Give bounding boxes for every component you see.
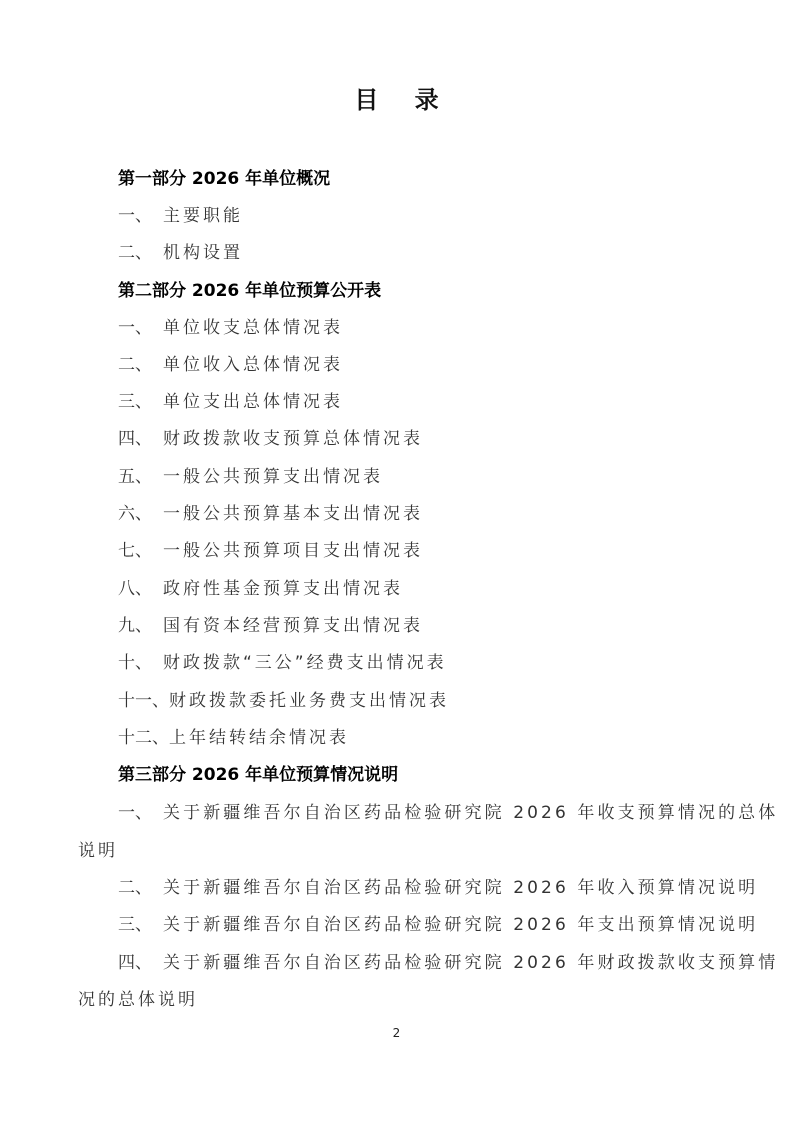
toc-item[interactable]: 十二、上年结转结余情况表 [118, 727, 349, 749]
section-heading-part-3: 第三部分 2026 年单位预算情况说明 [118, 764, 398, 786]
item-number: 一、 [118, 802, 163, 824]
item-text: 一般公共预算基本支出情况表 [163, 504, 423, 524]
item-text: 财政拨款“三公”经费支出情况表 [163, 653, 447, 673]
item-text: 主要职能 [163, 206, 243, 226]
item-text: 一般公共预算项目支出情况表 [163, 541, 423, 561]
item-text: 财政拨款委托业务费支出情况表 [169, 691, 449, 711]
item-number: 四、 [118, 952, 163, 974]
toc-item[interactable]: 七、一般公共预算项目支出情况表 [118, 540, 423, 562]
page-number: 2 [0, 1026, 793, 1040]
section-heading-part-2: 第二部分 2026 年单位预算公开表 [118, 280, 381, 302]
item-text: 机构设置 [163, 243, 243, 263]
section-heading-part-1: 第一部分 2026 年单位概况 [118, 168, 330, 190]
item-number: 四、 [118, 428, 163, 450]
toc-item[interactable]: 十一、财政拨款委托业务费支出情况表 [118, 690, 449, 712]
item-number: 三、 [118, 391, 163, 413]
toc-item[interactable]: 三、关于新疆维吾尔自治区药品检验研究院 2026 年支出预算情况说明 [118, 914, 758, 936]
item-number: 二、 [118, 877, 163, 899]
item-number: 三、 [118, 914, 163, 936]
item-number: 十、 [118, 652, 163, 674]
item-number: 十一、 [118, 690, 169, 712]
toc-item[interactable]: 六、一般公共预算基本支出情况表 [118, 503, 423, 525]
toc-item[interactable]: 一、主要职能 [118, 205, 243, 227]
item-text: 关于新疆维吾尔自治区药品检验研究院 2026 年支出预算情况说明 [163, 915, 758, 935]
item-text: 关于新疆维吾尔自治区药品检验研究院 2026 年财政拨款收支预算情 [163, 953, 778, 973]
item-text: 上年结转结余情况表 [169, 728, 349, 748]
item-number: 七、 [118, 540, 163, 562]
item-number: 一、 [118, 205, 163, 227]
item-text: 关于新疆维吾尔自治区药品检验研究院 2026 年收支预算情况的总体 [163, 803, 778, 823]
toc-item[interactable]: 九、国有资本经营预算支出情况表 [118, 615, 423, 637]
item-text: 财政拨款收支预算总体情况表 [163, 429, 423, 449]
toc-title: 目 录 [0, 80, 793, 115]
toc-item[interactable]: 二、关于新疆维吾尔自治区药品检验研究院 2026 年收入预算情况说明 [118, 877, 758, 899]
item-number: 十二、 [118, 727, 169, 749]
item-number: 二、 [118, 354, 163, 376]
toc-item-continuation[interactable]: 说明 [78, 840, 118, 862]
toc-item[interactable]: 二、单位收入总体情况表 [118, 354, 343, 376]
toc-item-continuation[interactable]: 况的总体说明 [78, 989, 198, 1011]
toc-item[interactable]: 四、关于新疆维吾尔自治区药品检验研究院 2026 年财政拨款收支预算情 [118, 952, 778, 974]
toc-item[interactable]: 三、单位支出总体情况表 [118, 391, 343, 413]
toc-item[interactable]: 八、政府性基金预算支出情况表 [118, 578, 403, 600]
item-text: 一般公共预算支出情况表 [163, 467, 383, 487]
item-number: 五、 [118, 466, 163, 488]
item-text: 单位收支总体情况表 [163, 318, 343, 338]
item-text: 单位支出总体情况表 [163, 392, 343, 412]
item-text: 关于新疆维吾尔自治区药品检验研究院 2026 年收入预算情况说明 [163, 878, 758, 898]
item-number: 六、 [118, 503, 163, 525]
item-text: 政府性基金预算支出情况表 [163, 579, 403, 599]
toc-item[interactable]: 一、单位收支总体情况表 [118, 317, 343, 339]
item-number: 八、 [118, 578, 163, 600]
item-number: 一、 [118, 317, 163, 339]
toc-item[interactable]: 一、关于新疆维吾尔自治区药品检验研究院 2026 年收支预算情况的总体 [118, 802, 778, 824]
toc-item[interactable]: 二、机构设置 [118, 242, 243, 264]
toc-item[interactable]: 四、财政拨款收支预算总体情况表 [118, 428, 423, 450]
item-text: 单位收入总体情况表 [163, 355, 343, 375]
item-number: 二、 [118, 242, 163, 264]
toc-item[interactable]: 十、财政拨款“三公”经费支出情况表 [118, 652, 447, 674]
toc-item[interactable]: 五、一般公共预算支出情况表 [118, 466, 383, 488]
item-text: 国有资本经营预算支出情况表 [163, 616, 423, 636]
item-number: 九、 [118, 615, 163, 637]
